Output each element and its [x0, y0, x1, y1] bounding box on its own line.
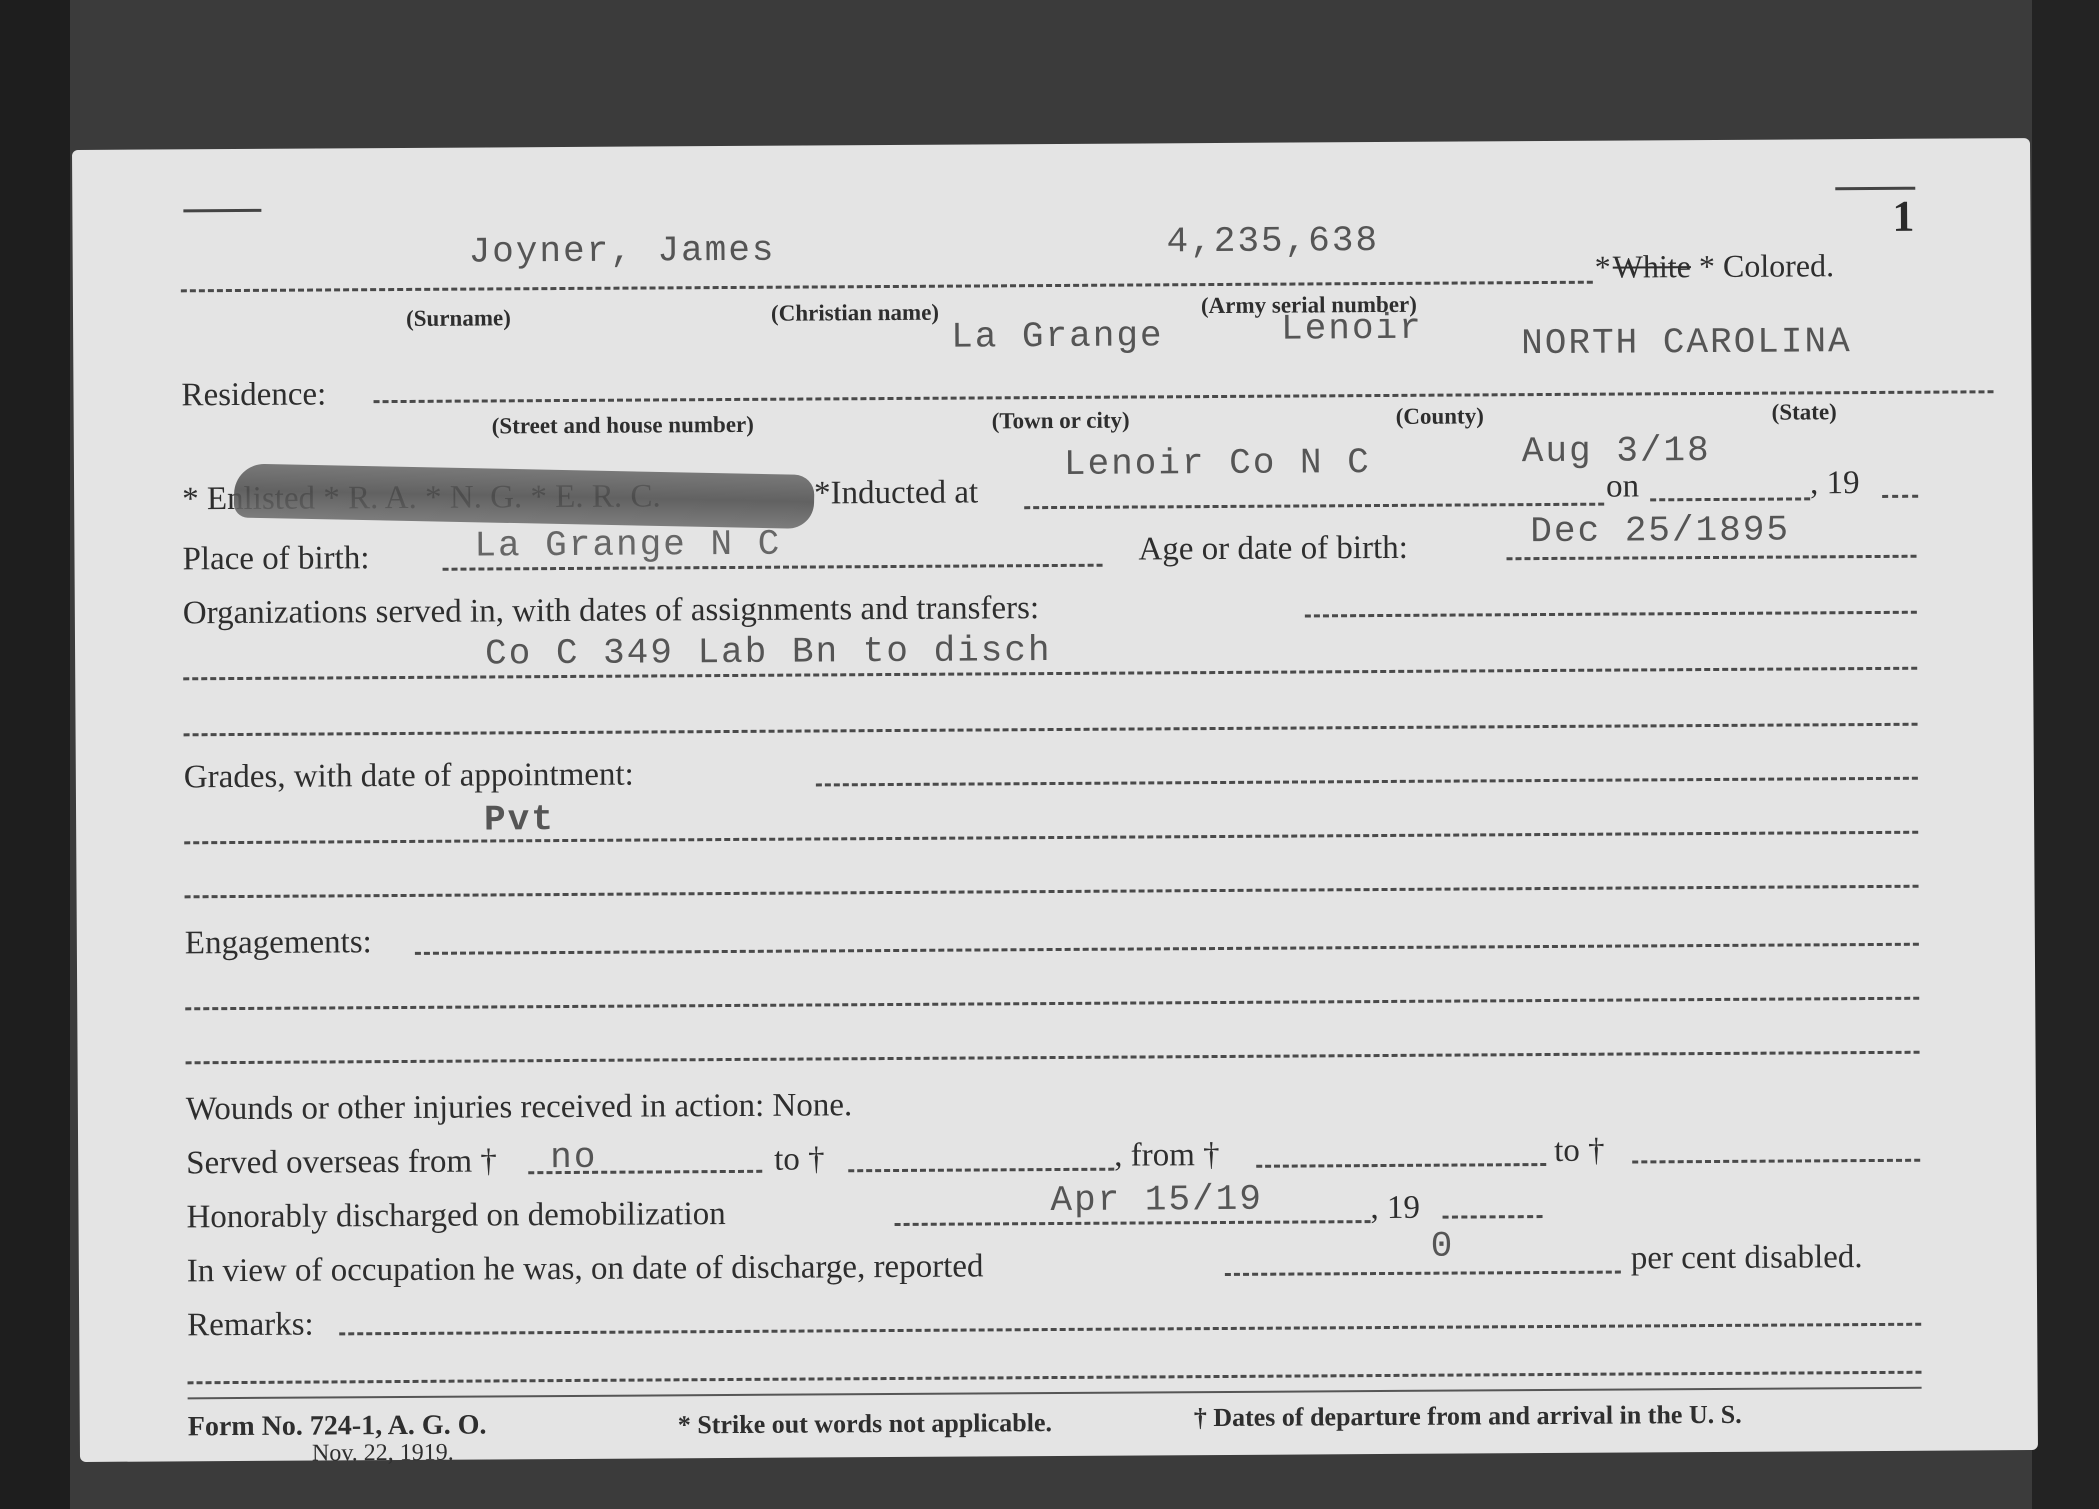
induction-date-value: Aug 3/18 — [1522, 430, 1711, 472]
overseas-to2-label: to † — [1554, 1133, 1605, 1170]
engagements-line-2 — [186, 1051, 1920, 1065]
grades-value: Pvt — [484, 799, 555, 840]
grades-line-1 — [184, 831, 1918, 845]
discharge-date-line — [895, 1220, 1371, 1226]
page-number: 1 — [1892, 191, 1914, 242]
remarks-label: Remarks: — [187, 1307, 314, 1345]
overseas-to2-line — [1632, 1159, 1920, 1164]
strike-note: * Strike out words not applicable. — [678, 1408, 1052, 1440]
grades-line-2 — [185, 885, 1919, 899]
overseas-from2-line — [1256, 1163, 1546, 1168]
form-date: Nov. 22, 1919. — [312, 1440, 454, 1468]
organizations-value: Co C 349 Lab Bn to disch — [485, 630, 1052, 674]
grades-line-0 — [816, 777, 1918, 787]
remarks-line-0 — [339, 1323, 1921, 1336]
birth-date-line — [1507, 555, 1917, 561]
serial-value: 4,235,638 — [1166, 220, 1379, 262]
inducted-label: *Inducted at — [814, 474, 978, 512]
name-value: Joyner, James — [469, 230, 776, 273]
residence-label: Residence: — [181, 376, 326, 414]
town-label: (Town or city) — [992, 408, 1130, 435]
scan-background-left — [0, 0, 70, 1509]
dagger-note: † Dates of departure from and arrival in… — [1194, 1400, 1742, 1433]
grades-label: Grades, with date of appointment: — [184, 757, 634, 797]
discharge-year-suffix: , 19 — [1370, 1190, 1420, 1227]
disability-line — [1225, 1271, 1621, 1276]
induction-date-line — [1650, 497, 1810, 501]
disability-suffix: per cent disabled. — [1631, 1239, 1863, 1277]
residence-county-value: Lenoir — [1281, 308, 1423, 350]
surname-label: (Surname) — [406, 305, 511, 332]
birth-place-label: Place of birth: — [182, 540, 369, 578]
discharge-label: Honorably discharged on demobilization — [186, 1196, 725, 1236]
induction-on-label: on — [1606, 468, 1639, 505]
overseas-from2-label: , from † — [1114, 1137, 1220, 1175]
disability-percent-value: 0 — [1431, 1226, 1455, 1267]
residence-line — [374, 390, 1994, 403]
disability-label: In view of occupation he was, on date of… — [187, 1248, 984, 1290]
race-white-struck: White — [1613, 248, 1691, 284]
organizations-line-0 — [1305, 611, 1917, 618]
overseas-to-label: to † — [774, 1141, 825, 1178]
discharge-year-line — [1443, 1215, 1543, 1219]
induction-place-line — [1024, 503, 1604, 510]
top-left-mark — [183, 209, 261, 212]
induction-place-value: Lenoir Co N C — [1064, 442, 1371, 485]
ink-smudge — [234, 463, 815, 529]
engagements-line-0 — [415, 943, 1919, 955]
christian-name-label: (Christian name) — [771, 300, 939, 327]
footer-rule — [188, 1387, 1922, 1400]
discharge-date-value: Apr 15/19 — [1050, 1179, 1263, 1221]
residence-town-value: La Grange — [951, 315, 1164, 357]
residence-state-value: NORTH CAROLINA — [1521, 321, 1852, 364]
race-options: *White * Colored. — [1595, 247, 1835, 285]
service-record-card: 1 Joyner, James 4,235,638 *White * Color… — [72, 138, 2038, 1462]
birth-place-value: La Grange N C — [474, 524, 781, 567]
wounds-label: Wounds or other injuries received in act… — [186, 1087, 853, 1128]
organizations-line-2 — [184, 723, 1918, 737]
form-number: Form No. 724-1, A. G. O. — [188, 1409, 487, 1443]
street-label: (Street and house number) — [492, 412, 754, 440]
induction-year-line — [1882, 495, 1918, 498]
overseas-from-label: Served overseas from † — [186, 1143, 497, 1182]
organizations-label: Organizations served in, with dates of a… — [183, 590, 1039, 632]
age-label: Age or date of birth: — [1138, 530, 1408, 569]
county-label: (County) — [1396, 403, 1484, 430]
engagements-line-1 — [185, 997, 1919, 1011]
overseas-to-line — [848, 1168, 1114, 1173]
state-label: (State) — [1772, 399, 1837, 425]
name-line — [181, 281, 1593, 293]
induction-year-suffix: , 19 — [1810, 465, 1860, 502]
remarks-line-1 — [188, 1371, 1922, 1385]
overseas-from-line — [528, 1170, 762, 1174]
scan-background-right — [2032, 0, 2099, 1509]
engagements-label: Engagements: — [185, 924, 372, 962]
top-right-mark — [1835, 187, 1915, 190]
birth-date-value: Dec 25/1895 — [1530, 510, 1790, 553]
